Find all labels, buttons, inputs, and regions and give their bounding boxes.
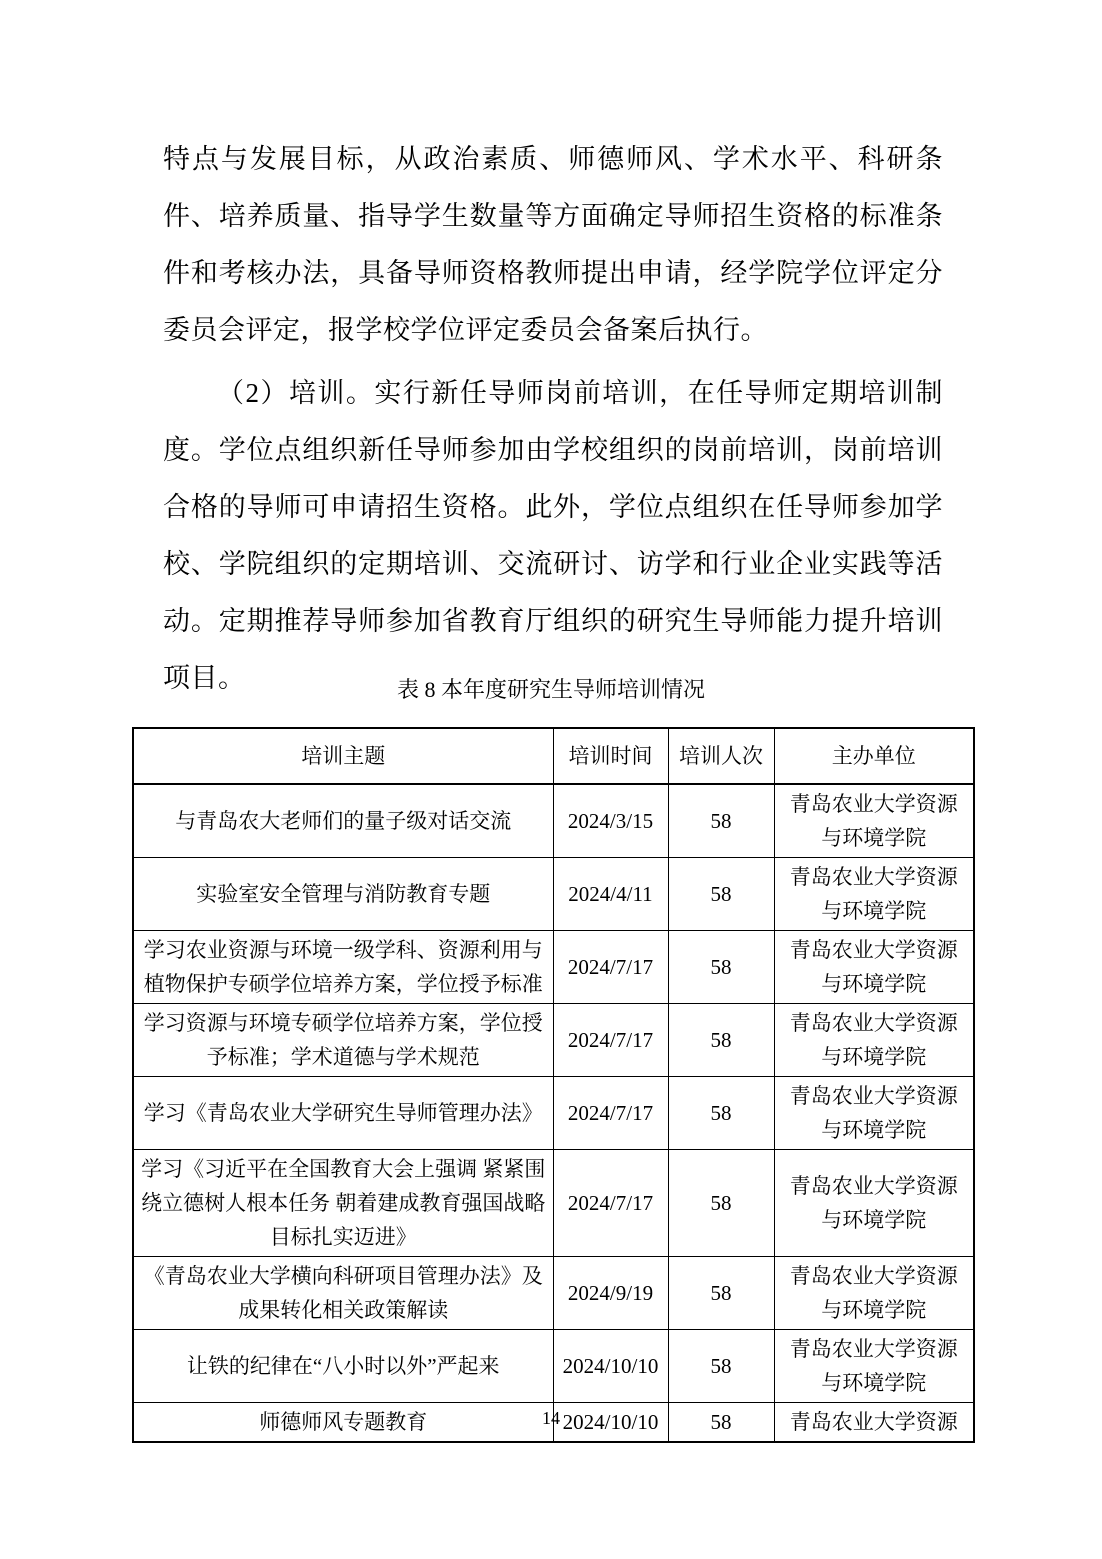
header-date: 培训时间 [553,728,668,784]
header-count: 培训人次 [668,728,774,784]
cell-organizer: 青岛农业大学资源 与环境学院 [774,784,974,858]
training-table: 培训主题 培训时间 培训人次 主办单位 与青岛农大老师们的量子级对话交流 202… [132,727,975,1443]
cell-topic: 学习《青岛农业大学研究生导师管理办法》 [133,1077,553,1150]
cell-organizer: 青岛农业大学资源 与环境学院 [774,858,974,931]
cell-topic: 实验室安全管理与消防教育专题 [133,858,553,931]
cell-date: 2024/7/17 [553,1150,668,1257]
cell-organizer: 青岛农业大学资源 与环境学院 [774,1004,974,1077]
table-row: 学习农业资源与环境一级学科、资源利用与植物保护专硕学位培养方案，学位授予标准 2… [133,931,974,1004]
cell-topic: 《青岛农业大学横向科研项目管理办法》及成果转化相关政策解读 [133,1257,553,1330]
table-row: 学习资源与环境专硕学位培养方案，学位授予标准；学术道德与学术规范 2024/7/… [133,1004,974,1077]
table-row: 学习《青岛农业大学研究生导师管理办法》 2024/7/17 58 青岛农业大学资… [133,1077,974,1150]
header-topic: 培训主题 [133,728,553,784]
cell-topic: 学习资源与环境专硕学位培养方案，学位授予标准；学术道德与学术规范 [133,1004,553,1077]
table-row: 让铁的纪律在“八小时以外”严起来 2024/10/10 58 青岛农业大学资源 … [133,1330,974,1403]
cell-count: 58 [668,931,774,1004]
cell-count: 58 [668,784,774,858]
cell-organizer: 青岛农业大学资源 与环境学院 [774,1150,974,1257]
body-text-block: 特点与发展目标，从政治素质、师德师风、学术水平、科研条件、培养质量、指导学生数量… [163,131,943,707]
cell-count: 58 [668,1004,774,1077]
header-organizer: 主办单位 [774,728,974,784]
cell-date: 2024/7/17 [553,1077,668,1150]
cell-topic: 学习《习近平在全国教育大会上强调 紧紧围绕立德树人根本任务 朝着建成教育强国战略… [133,1150,553,1257]
table-row: 《青岛农业大学横向科研项目管理办法》及成果转化相关政策解读 2024/9/19 … [133,1257,974,1330]
paragraph-assessment-criteria: 特点与发展目标，从政治素质、师德师风、学术水平、科研条件、培养质量、指导学生数量… [163,131,943,359]
cell-topic: 与青岛农大老师们的量子级对话交流 [133,784,553,858]
cell-count: 58 [668,858,774,931]
cell-topic: 让铁的纪律在“八小时以外”严起来 [133,1330,553,1403]
cell-organizer: 青岛农业大学资源 与环境学院 [774,1257,974,1330]
cell-date: 2024/7/17 [553,931,668,1004]
page-number: 14 [0,1408,1102,1429]
cell-count: 58 [668,1330,774,1403]
cell-date: 2024/4/11 [553,858,668,931]
table-row: 实验室安全管理与消防教育专题 2024/4/11 58 青岛农业大学资源 与环境… [133,858,974,931]
cell-count: 58 [668,1257,774,1330]
cell-date: 2024/7/17 [553,1004,668,1077]
cell-date: 2024/9/19 [553,1257,668,1330]
table-header-row: 培训主题 培训时间 培训人次 主办单位 [133,728,974,784]
cell-date: 2024/10/10 [553,1330,668,1403]
cell-organizer: 青岛农业大学资源 与环境学院 [774,1330,974,1403]
cell-count: 58 [668,1150,774,1257]
cell-date: 2024/3/15 [553,784,668,858]
cell-count: 58 [668,1077,774,1150]
cell-topic: 学习农业资源与环境一级学科、资源利用与植物保护专硕学位培养方案，学位授予标准 [133,931,553,1004]
cell-organizer: 青岛农业大学资源 与环境学院 [774,931,974,1004]
table-row: 与青岛农大老师们的量子级对话交流 2024/3/15 58 青岛农业大学资源 与… [133,784,974,858]
document-page: 特点与发展目标，从政治素质、师德师风、学术水平、科研条件、培养质量、指导学生数量… [0,0,1102,1559]
paragraph-training-system: （2）培训。实行新任导师岗前培训，在任导师定期培训制度。学位点组织新任导师参加由… [163,365,943,707]
table-row: 学习《习近平在全国教育大会上强调 紧紧围绕立德树人根本任务 朝着建成教育强国战略… [133,1150,974,1257]
table-caption: 表 8 本年度研究生导师培训情况 [0,668,1102,712]
cell-organizer: 青岛农业大学资源 与环境学院 [774,1077,974,1150]
